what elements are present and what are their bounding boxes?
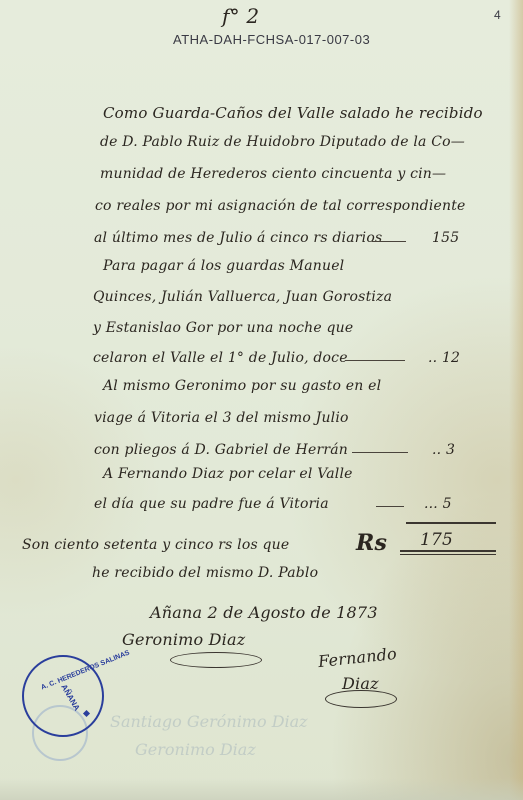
stamp-outer-text: A. C. HEREDEROS SALINAS [40, 649, 131, 691]
body-line: Al mismo Geronimo por su gasto en el [103, 378, 381, 394]
signature-geronimo: Geronimo Diaz [122, 630, 245, 649]
body-line: celaron el Valle el 1° de Julio, doce [93, 350, 348, 366]
body-line: al último mes de Julio á cinco rs diario… [94, 230, 382, 246]
paper-edge-stain [509, 0, 523, 800]
signature-flourish [325, 690, 397, 708]
folio-label: f° 2 [222, 4, 259, 28]
currency-mark: Rs [356, 530, 387, 556]
amount: .. 3 [432, 442, 455, 458]
body-line: viage á Vitoria el 3 del mismo Julio [94, 410, 349, 426]
place-date: Añana 2 de Agosto de 1873 [150, 603, 378, 622]
total-amount: 175 [420, 530, 453, 550]
stamp-inner-text: AÑANA [59, 683, 81, 713]
signature-flourish [170, 652, 262, 668]
bleed-through-text: Santiago Gerónimo Diaz [110, 712, 308, 731]
body-line: y Estanislao Gor por una noche que [93, 320, 353, 336]
leader-line [345, 360, 405, 361]
body-line: co reales por mi asignación de tal corre… [95, 198, 466, 214]
body-line: Como Guarda-Caños del Valle salado he re… [103, 104, 483, 122]
body-line: A Fernando Diaz por celar el Valle [103, 466, 353, 482]
amount: 155 [432, 230, 459, 246]
signature-fernando-first: Fernando [317, 644, 398, 671]
leader-line [376, 506, 404, 507]
page-number: 4 [494, 8, 501, 22]
total-rule-top [406, 522, 496, 524]
paper-bottom-edge [0, 778, 523, 800]
amount: .. 12 [428, 350, 460, 366]
archive-stamp: A. C. HEREDEROS SALINAS AÑANA [22, 655, 104, 737]
leader-line [352, 452, 408, 453]
body-line: de D. Pablo Ruiz de Huidobro Diputado de… [100, 134, 465, 150]
stamp-star-icon [83, 710, 90, 717]
total-rule-bottom [400, 550, 496, 552]
summary-line: Son ciento setenta y cinco rs los que [22, 537, 289, 553]
amount: ... 5 [424, 496, 452, 512]
body-line: con pliegos á D. Gabriel de Herrán [94, 442, 348, 458]
leader-line [372, 241, 406, 242]
bleed-through-text: Geronimo Diaz [135, 740, 256, 759]
body-line: Quinces, Julián Valluerca, Juan Gorostiz… [93, 289, 392, 305]
body-line: munidad de Herederos ciento cincuenta y … [100, 166, 446, 182]
archive-reference: ATHA-DAH-FCHSA-017-007-03 [173, 32, 370, 47]
summary-line: he recibido del mismo D. Pablo [92, 565, 318, 581]
total-rule-bottom-double [400, 554, 496, 555]
body-line: el día que su padre fue á Vitoria [94, 496, 329, 512]
body-line: Para pagar á los guardas Manuel [103, 258, 344, 274]
document-page: f° 2 ATHA-DAH-FCHSA-017-007-03 4 Como Gu… [0, 0, 523, 800]
